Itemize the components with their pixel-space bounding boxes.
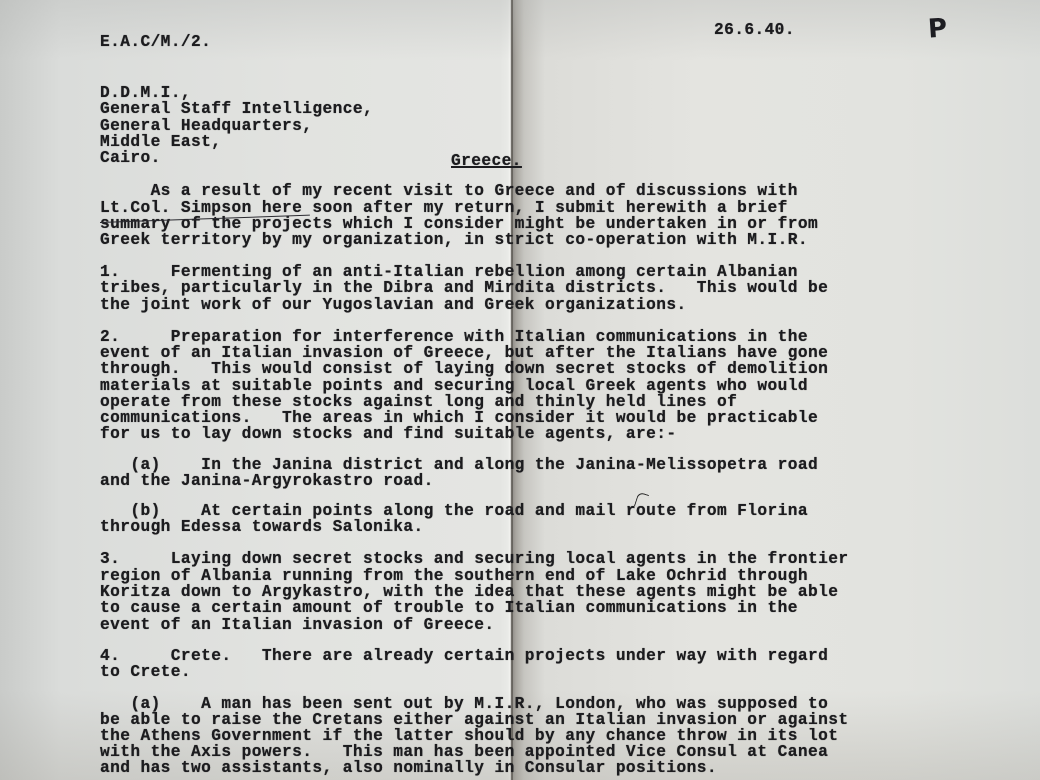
text-line: 3. Laying down secret stocks and securin… bbox=[100, 551, 848, 567]
text-line: materials at suitable points and securin… bbox=[100, 378, 808, 394]
text-line: As a result of my recent visit to Greece… bbox=[100, 183, 798, 199]
text-line: operate from these stocks against long a… bbox=[100, 394, 737, 410]
text-line: Koritza down to Argykastro, with the ide… bbox=[100, 584, 838, 600]
text-line: through Edessa towards Salonika. bbox=[100, 519, 424, 535]
text-line: 2. Preparation for interference with Ita… bbox=[100, 329, 808, 345]
reference-number: E.A.C/M./2. bbox=[100, 34, 211, 50]
letter-date: 26.6.40. bbox=[714, 22, 795, 38]
text-line: communications. The areas in which I con… bbox=[100, 410, 818, 426]
addressee-line: D.D.M.I., bbox=[100, 85, 191, 101]
text-line: and has two assistants, also nominally i… bbox=[100, 760, 717, 776]
text-line: (a) A man has been sent out by M.I.R., L… bbox=[100, 696, 828, 712]
text-line: the joint work of our Yugoslavian and Gr… bbox=[100, 297, 687, 313]
text-line: Greek territory by my organization, in s… bbox=[100, 232, 808, 248]
text-line: (b) At certain points along the road and… bbox=[100, 503, 808, 519]
text-line: and the Janina-Argyrokastro road. bbox=[100, 473, 434, 489]
text-line: the Athens Government if the latter shou… bbox=[100, 728, 838, 744]
text-line: to Crete. bbox=[100, 664, 191, 680]
subject-heading: Greece. bbox=[451, 153, 522, 169]
paper-shadow-top bbox=[0, 0, 1040, 60]
addressee-line: Cairo. bbox=[100, 150, 161, 166]
text-line: Lt.Col. Simpson here soon after my retur… bbox=[100, 200, 788, 216]
text-line: 4. Crete. There are already certain proj… bbox=[100, 648, 828, 664]
text-line: be able to raise the Cretans either agai… bbox=[100, 712, 848, 728]
text-line: for us to lay down stocks and find suita… bbox=[100, 426, 677, 442]
text-line: tribes, particularly in the Dibra and Mi… bbox=[100, 280, 828, 296]
text-line: event of an Italian invasion of Greece, … bbox=[100, 345, 828, 361]
text-line: 1. Fermenting of an anti-Italian rebelli… bbox=[100, 264, 798, 280]
text-line: to cause a certain amount of trouble to … bbox=[100, 600, 798, 616]
addressee-line: Middle East, bbox=[100, 134, 221, 150]
text-line: event of an Italian invasion of Greece. bbox=[100, 617, 494, 633]
addressee-line: General Staff Intelligence, bbox=[100, 101, 373, 117]
text-line: (a) In the Janina district and along the… bbox=[100, 457, 818, 473]
text-line: region of Albania running from the south… bbox=[100, 568, 808, 584]
handwritten-mark: P bbox=[927, 13, 948, 44]
text-line: with the Axis powers. This man has been … bbox=[100, 744, 828, 760]
text-line: through. This would consist of laying do… bbox=[100, 361, 828, 377]
addressee-line: General Headquarters, bbox=[100, 118, 312, 134]
